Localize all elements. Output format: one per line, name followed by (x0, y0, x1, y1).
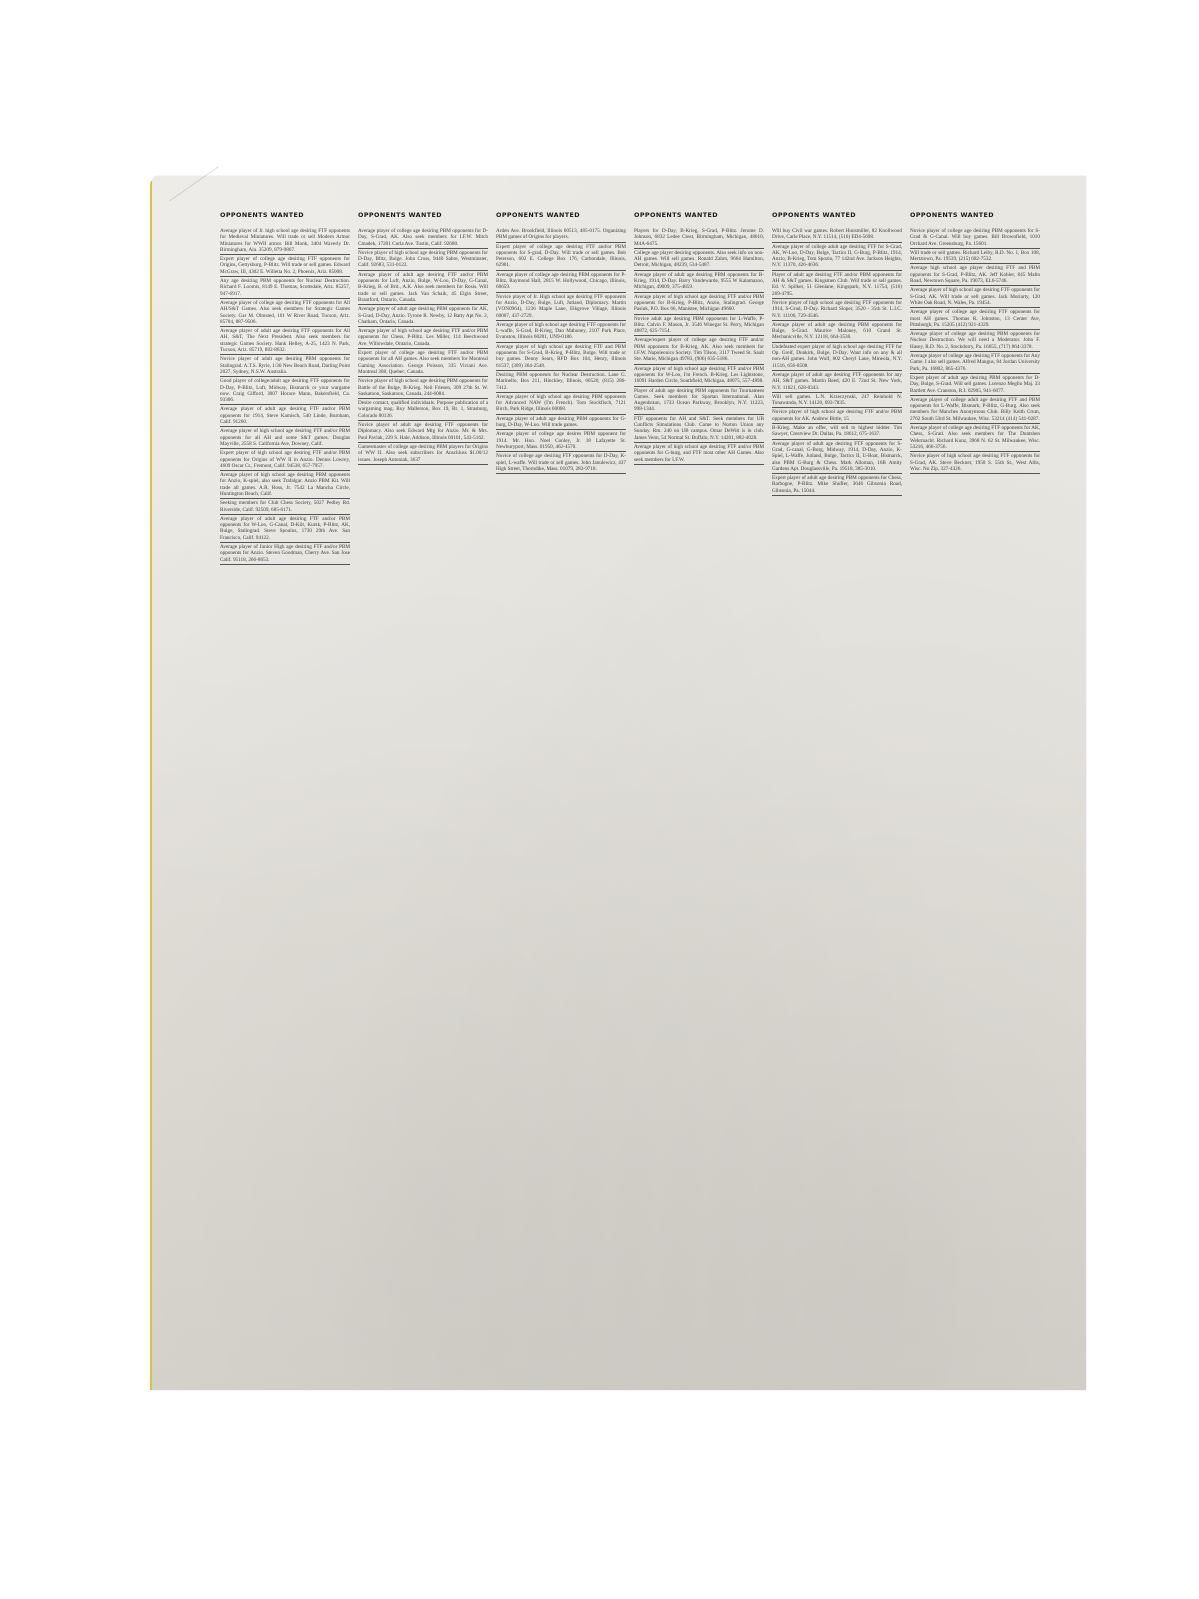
classified-ad: Will sell games. L.N. Krzeczynski, 247 R… (772, 393, 902, 409)
classified-ad: FTF opponents for AH and S&T. Seek membe… (634, 415, 764, 443)
classified-ad: Average player of adult age desiring PBM… (496, 415, 626, 431)
column-heading: OPPONENTS WANTED (220, 212, 350, 220)
ad-column-6: OPPONENTS WANTEDNovice player of college… (910, 212, 1040, 565)
classified-ad: Average player of high school age desiri… (358, 327, 488, 349)
classified-ad: Novice player of high school age desirin… (358, 249, 488, 271)
ad-column-1: OPPONENTS WANTEDAverage player of Jr. hi… (220, 212, 350, 565)
ad-column-4: OPPONENTS WANTEDPlayers for D-Day, B-Kri… (634, 212, 764, 565)
classified-ad: Will buy Civil war games. Robert Hunsmil… (772, 227, 902, 243)
ad-column-2: OPPONENTS WANTEDAverage player of colleg… (358, 212, 488, 565)
classified-ad: Player of adult age desiring PBM opponen… (634, 387, 764, 415)
classified-ad: Novice player of adult age desiring PBM … (220, 355, 350, 377)
classified-ad: Expert player of college age desiring FT… (358, 349, 488, 377)
classified-ad: Average player of Junior High age desiri… (220, 543, 350, 565)
classified-ad: Novice player of adult age desiring FTF … (358, 421, 488, 443)
classified-ad: Average player of adult age desiring FTF… (220, 515, 350, 543)
classified-ad: Expert player of adult age desiring PBM … (772, 474, 902, 496)
classified-ad: Novice of college age desiring FTF oppon… (496, 452, 626, 474)
column-heading: OPPONENTS WANTED (772, 212, 902, 220)
classified-ad: Average player of high school age desiri… (634, 365, 764, 387)
classified-ad: Average player of high school age desiri… (496, 321, 626, 343)
classified-ad: Average player of college age desires PB… (496, 430, 626, 452)
classified-ad: Average player of adult age desiring FTF… (772, 371, 902, 393)
classified-ad: Average player of college adult age desi… (772, 243, 902, 271)
classified-ad: Gamesmaster of college age desiring PBM … (358, 443, 488, 465)
classified-ad: Average player of high school age desiri… (220, 427, 350, 449)
classified-ad: Novice player of college age desiring PB… (910, 227, 1040, 249)
classified-ad: Average player of adult age desiring FTF… (220, 327, 350, 355)
column-heading: OPPONENTS WANTED (358, 212, 488, 220)
classified-ad: Good player of college/adult age desirin… (220, 377, 350, 405)
classified-ad: Average player of college age desiring P… (910, 330, 1040, 352)
classified-ad: Average player of high school age desiri… (634, 293, 764, 315)
classified-ad: Novice player of Jr. High school age des… (496, 293, 626, 321)
classified-ad: Expert player of adult age desiring PBM … (910, 374, 1040, 396)
classified-ad: Will trade or sell games. Richard Leiby,… (910, 249, 1040, 265)
ad-column-5: OPPONENTS WANTEDWill buy Civil war games… (772, 212, 902, 565)
classified-ad: Average player of high school age desiri… (220, 471, 350, 499)
classified-columns: OPPONENTS WANTEDAverage player of Jr. hi… (220, 212, 1070, 565)
classified-ad: Average player of high school age desiri… (634, 443, 764, 465)
classified-ad: Average high school age player desiring … (910, 264, 1040, 286)
classified-ad: Average player of college age desiring F… (910, 308, 1040, 330)
magazine-page: OPPONENTS WANTEDAverage player of Jr. hi… (152, 176, 1086, 1390)
classified-ad: Undefeated expert player of high school … (772, 343, 902, 371)
classified-ad: Average player of college age desiring F… (910, 352, 1040, 374)
classified-ad: Average player of adult age desiring PBM… (358, 305, 488, 327)
classified-ad: Novice adult age desiring PBM opponents … (634, 315, 764, 337)
classified-ad: Average player of Jr. high school age de… (220, 227, 350, 255)
classified-ad: Average player of high school age desiri… (496, 393, 626, 415)
classified-ad: Average player of college age desiring F… (220, 299, 350, 327)
classified-ad: Seeking members for Club Chess Society, … (220, 499, 350, 515)
classified-ad: Average player of college age desiring P… (358, 227, 488, 249)
classified-ad: Average player of college age desiring P… (496, 271, 626, 293)
classified-ad: Players for D-Day, B-Krieg, S-Grad, P-Bl… (634, 227, 764, 249)
classified-ad: Average player of adult age desiring PBM… (772, 321, 902, 343)
classified-ad: Average player of adult age desiring FTF… (772, 440, 902, 474)
classified-ad: Desiring PBM opponents for Nuclear Destr… (496, 371, 626, 393)
column-heading: OPPONENTS WANTED (634, 212, 764, 220)
ad-column-3: OPPONENTS WANTEDArden Ave. Brookfield, I… (496, 212, 626, 565)
classified-ad: Desire contact, qualified individuals. P… (358, 399, 488, 421)
classified-ad: Average player of adult age desiring FTF… (220, 405, 350, 427)
classified-ad: Average player of adult age desiring PBM… (634, 271, 764, 293)
classified-ad: Novice player of high school age desirin… (358, 377, 488, 399)
classified-ad: Average player of college adult age desi… (910, 396, 1040, 424)
classified-ad: Novice player of high school age desirin… (910, 452, 1040, 474)
corner-crease (152, 142, 219, 202)
classified-ad: Player of adult age desiring FTF and/or … (772, 271, 902, 299)
classified-ad: Expert player of college age desiring FT… (220, 255, 350, 277)
classified-ad: Any age desiring PBM opponents for Nucle… (220, 277, 350, 299)
classified-ad: Average player of high school age desiri… (910, 286, 1040, 308)
classified-ad: Expert player of college age desiring FT… (496, 243, 626, 271)
column-heading: OPPONENTS WANTED (910, 212, 1040, 220)
classified-ad: Average/expert player of college age des… (634, 336, 764, 364)
classified-ad: Novice player of high school age desirin… (772, 299, 902, 321)
classified-ad: Average player of college age desiring F… (910, 424, 1040, 452)
classified-ad: Novice player of high school age desirin… (772, 408, 902, 424)
classified-ad: Average player of high school age desiri… (496, 343, 626, 371)
classified-ad: Average player of adult age desiring FTF… (358, 271, 488, 305)
classified-ad: Arden Ave. Brookfield, Illinois 60513, 4… (496, 227, 626, 243)
classified-ad: B-Krieg. Make an offer, will sell to hig… (772, 424, 902, 440)
classified-ad: College age player desiring opponents. A… (634, 249, 764, 271)
column-heading: OPPONENTS WANTED (496, 212, 626, 220)
classified-ad: Expert player of high school age desirin… (220, 449, 350, 471)
